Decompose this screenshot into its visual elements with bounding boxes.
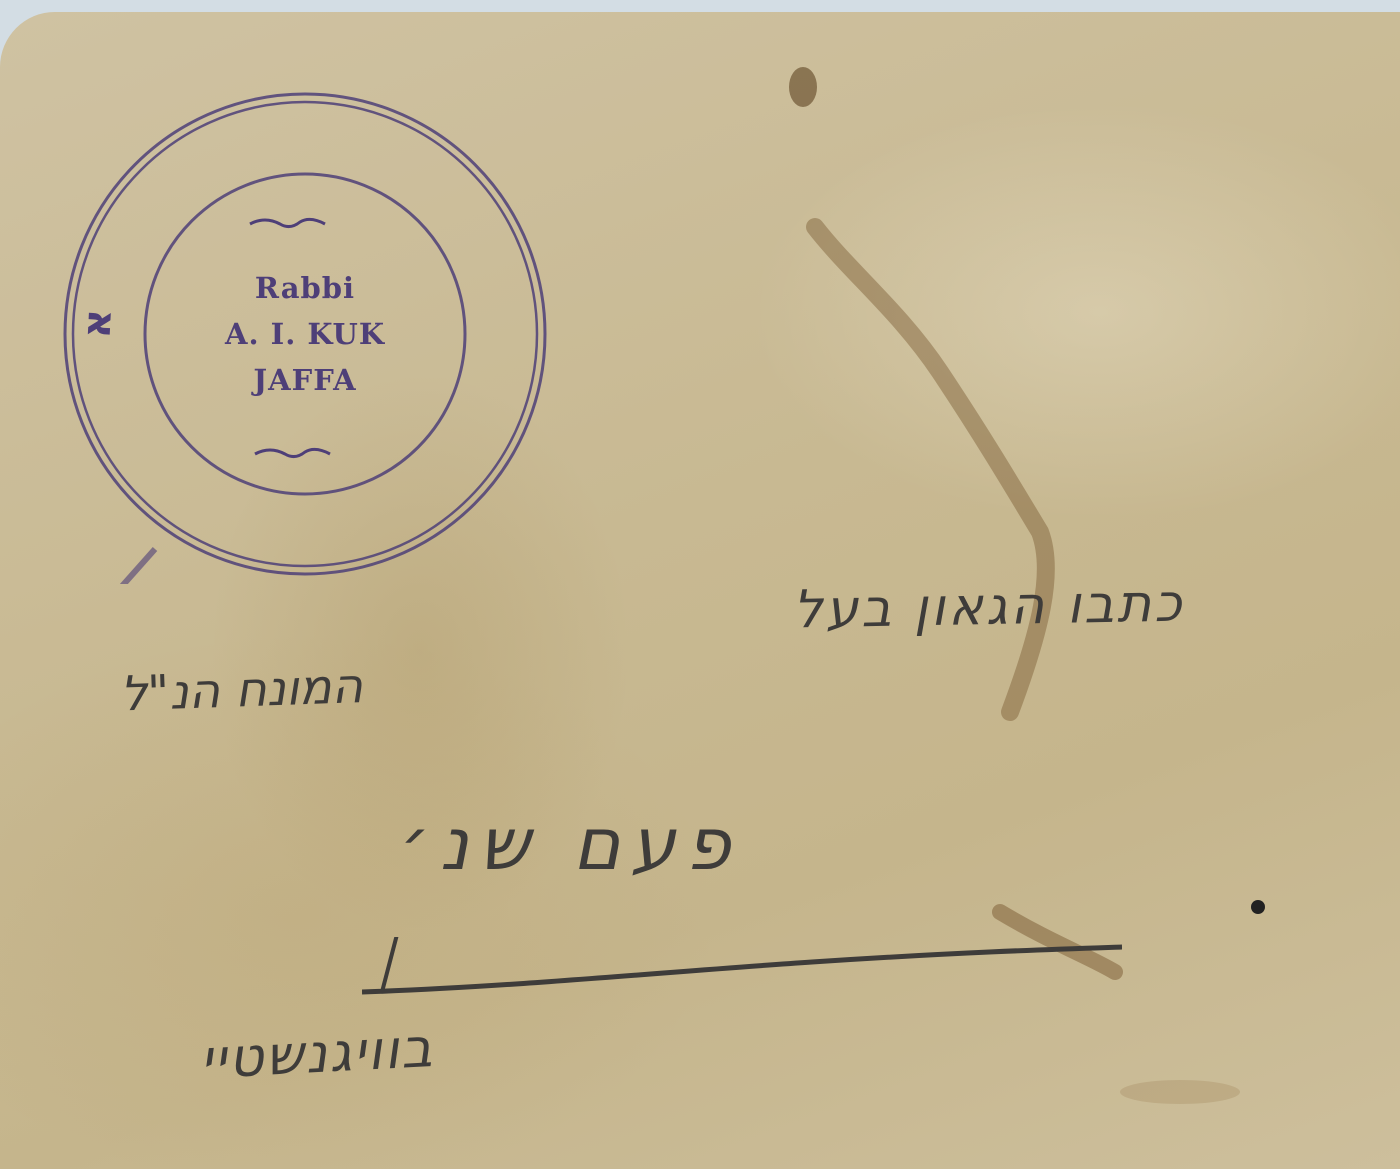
handwritten-line-3: פעם שנ׳ bbox=[400, 802, 740, 886]
stamp-title: Rabbi bbox=[255, 265, 355, 311]
stamp-city: JAFFA bbox=[253, 357, 356, 403]
handwritten-line-2: המונח הנ"ל bbox=[119, 657, 381, 722]
pencil-underline bbox=[362, 937, 1122, 997]
rabbi-kook-stamp: אברהם יצחק הכהן קוק רב ומ"צ דיפו ומושבות… bbox=[55, 84, 555, 584]
envelope-paper: אברהם יצחק הכהן קוק רב ומ"צ דיפו ומושבות… bbox=[0, 12, 1400, 1169]
handwritten-line-1: כתבו הגאון בעל bbox=[793, 574, 1186, 641]
stamp-name: A. I. KUK bbox=[225, 311, 385, 357]
handwritten-line-4: בוויגנשטיי bbox=[199, 1016, 436, 1091]
stamp-center-text: Rabbi A. I. KUK JAFFA bbox=[55, 84, 555, 584]
